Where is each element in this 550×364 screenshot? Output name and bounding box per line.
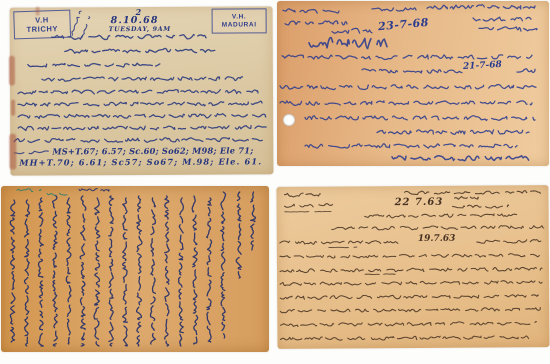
letter-date: 22 7.63 xyxy=(395,198,444,208)
postcard-bottom-left xyxy=(1,186,269,352)
exam-marks-line: MS+T.67; 6.57; Sc.60; So62; M98; Ele 71; xyxy=(52,146,253,155)
tamil-handwriting-ink xyxy=(276,185,549,349)
postcard-bottom-right: 22 7.63 19.7.63 xyxy=(276,185,549,349)
letter-date: 8.10.68 xyxy=(111,16,159,26)
postmark-madurai: V.H. MADURAI xyxy=(212,8,267,33)
postmark-line: TRICHY xyxy=(15,24,70,35)
postcard-top-left: V.H TRICHY V.H. MADURAI 2 8.10.68 TUESDA… xyxy=(10,6,274,175)
paper-stain xyxy=(11,100,15,116)
tamil-handwriting-vertical-ink xyxy=(1,186,269,352)
postmark-line: MADURAI xyxy=(213,21,266,29)
paper-stain xyxy=(9,134,16,170)
paper-stain xyxy=(36,7,40,16)
exam-marks-line: MH+T.70; 6.61; Sc57; So67; M.98; Ele. 61… xyxy=(19,157,262,167)
postcard-scan-sheet: V.H TRICHY V.H. MADURAI 2 8.10.68 TUESDA… xyxy=(0,0,550,364)
postcard-top-right: 23-7-68 21-7-68 xyxy=(277,1,549,166)
postmark-trichy: V.H TRICHY xyxy=(13,10,71,40)
punch-hole xyxy=(283,114,295,126)
paper-stain xyxy=(9,56,15,86)
letter-day-time: TUESDAY, 9AM xyxy=(109,27,171,34)
inline-date: 19.7.63 xyxy=(418,235,456,244)
